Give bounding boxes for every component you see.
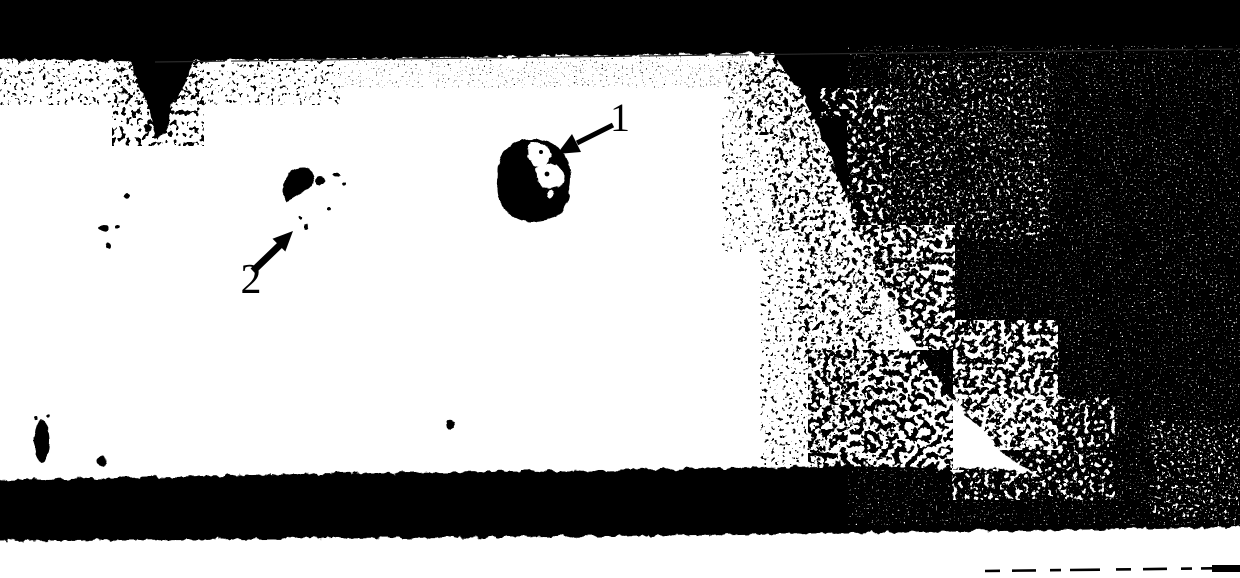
speck	[447, 420, 455, 428]
speck	[34, 417, 38, 421]
speck	[46, 415, 49, 418]
speck	[100, 225, 109, 231]
noise-patch	[760, 250, 900, 465]
speck	[105, 243, 111, 249]
speck	[299, 215, 302, 218]
speck	[305, 224, 310, 229]
noise-patch	[1150, 420, 1238, 520]
speck	[115, 225, 119, 229]
speck	[35, 420, 50, 462]
defect-1-pin-dot	[545, 172, 550, 177]
speck	[332, 172, 340, 177]
dash-end-mark	[1212, 565, 1240, 572]
speck	[144, 124, 152, 132]
speck	[328, 206, 332, 210]
highlight-dot	[547, 191, 554, 198]
annotation-label-1: 1	[610, 95, 630, 140]
speck	[123, 193, 129, 199]
annotation-label-2: 2	[241, 257, 262, 303]
speck	[315, 176, 325, 186]
noise-patch	[340, 48, 770, 88]
noise-patch	[112, 56, 204, 146]
noise-patch	[722, 62, 832, 252]
speck	[343, 182, 347, 186]
figure-image: 1 2	[0, 0, 1240, 578]
defect-1-pin-dot	[539, 150, 543, 154]
specimen-photo-figure: 1 2	[0, 0, 1240, 578]
speck	[97, 457, 108, 466]
